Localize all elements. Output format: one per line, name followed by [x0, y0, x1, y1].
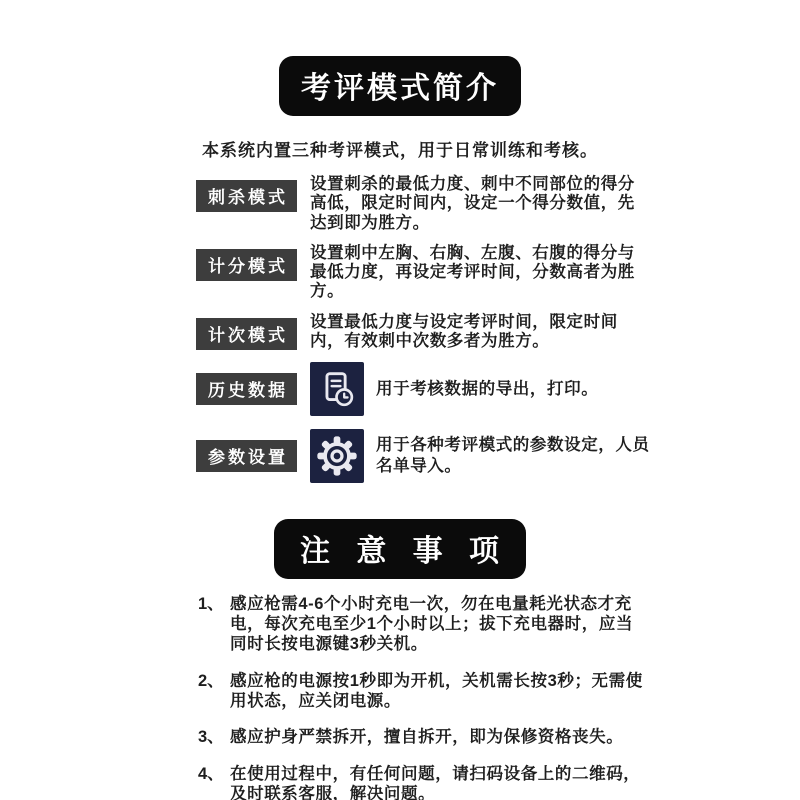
- mode-label: 计分模式: [196, 249, 297, 281]
- mode-description: 设置刺中左胸、右胸、左腹、右腹的得分与最低力度，再设定考评时间，分数高者为胜方。: [310, 244, 642, 302]
- mode-description: 设置刺杀的最低力度、刺中不同部位的得分高低，限定时间内，设定一个得分数值，先达到…: [310, 175, 642, 233]
- mode-row-cisha: 刺杀模式 设置刺杀的最低力度、刺中不同部位的得分高低，限定时间内，设定一个得分数…: [196, 175, 656, 233]
- mode-row-settings: 参数设置: [196, 429, 656, 483]
- mode-description: 用于考核数据的导出，打印。: [376, 379, 598, 400]
- intro-text: 本系统内置三种考评模式，用于日常训练和考核。: [0, 136, 800, 161]
- document-clock-icon: [310, 362, 364, 416]
- list-item: 1、 感应枪需4-6个小时充电一次，勿在电量耗光状态才充电，每次充电至少1个小时…: [198, 595, 646, 654]
- mode-description: 设置最低力度与设定考评时间，限定时间内，有效刺中次数多者为胜方。: [310, 313, 642, 352]
- mode-row-jifen: 计分模式 设置刺中左胸、右胸、左腹、右腹的得分与最低力度，再设定考评时间，分数高…: [196, 244, 656, 302]
- product-description-page: 考评模式简介 本系统内置三种考评模式，用于日常训练和考核。 刺杀模式 设置刺杀的…: [0, 0, 800, 800]
- list-item-number: 2、: [198, 672, 230, 692]
- list-item-text: 在使用过程中，有任何问题，请扫码设备上的二维码，及时联系客服，解决问题。: [230, 765, 644, 800]
- mode-label: 计次模式: [196, 318, 297, 350]
- precautions-list: 1、 感应枪需4-6个小时充电一次，勿在电量耗光状态才充电，每次充电至少1个小时…: [198, 595, 646, 800]
- list-item-number: 4、: [198, 765, 230, 785]
- list-item-number: 1、: [198, 595, 230, 615]
- list-item-number: 3、: [198, 728, 230, 748]
- list-item-text: 感应枪的电源按1秒即为开机，关机需长按3秒；无需使用状态，应关闭电源。: [230, 672, 644, 712]
- section-title-eval-modes: 考评模式简介: [279, 56, 521, 116]
- list-item-text: 感应护身严禁拆开，擅自拆开，即为保修资格丧失。: [230, 728, 623, 748]
- list-item: 4、 在使用过程中，有任何问题，请扫码设备上的二维码，及时联系客服，解决问题。: [198, 765, 646, 800]
- mode-label: 历史数据: [196, 373, 297, 405]
- section-title-precautions: 注 意 事 项: [274, 519, 526, 579]
- list-item-text: 感应枪需4-6个小时充电一次，勿在电量耗光状态才充电，每次充电至少1个小时以上；…: [230, 595, 644, 654]
- list-item: 3、 感应护身严禁拆开，擅自拆开，即为保修资格丧失。: [198, 728, 646, 748]
- mode-description: 用于各种考评模式的参数设定，人员名单导入。: [376, 435, 656, 478]
- list-item: 2、 感应枪的电源按1秒即为开机，关机需长按3秒；无需使用状态，应关闭电源。: [198, 672, 646, 712]
- mode-row-jici: 计次模式 设置最低力度与设定考评时间，限定时间内，有效刺中次数多者为胜方。: [196, 313, 656, 352]
- gear-icon: [310, 429, 364, 483]
- mode-row-history-data: 历史数据 用于考核数据的导出，打印。: [196, 362, 656, 416]
- mode-label: 刺杀模式: [196, 180, 297, 212]
- eval-modes-list: 刺杀模式 设置刺杀的最低力度、刺中不同部位的得分高低，限定时间内，设定一个得分数…: [196, 175, 656, 483]
- mode-label: 参数设置: [196, 440, 297, 472]
